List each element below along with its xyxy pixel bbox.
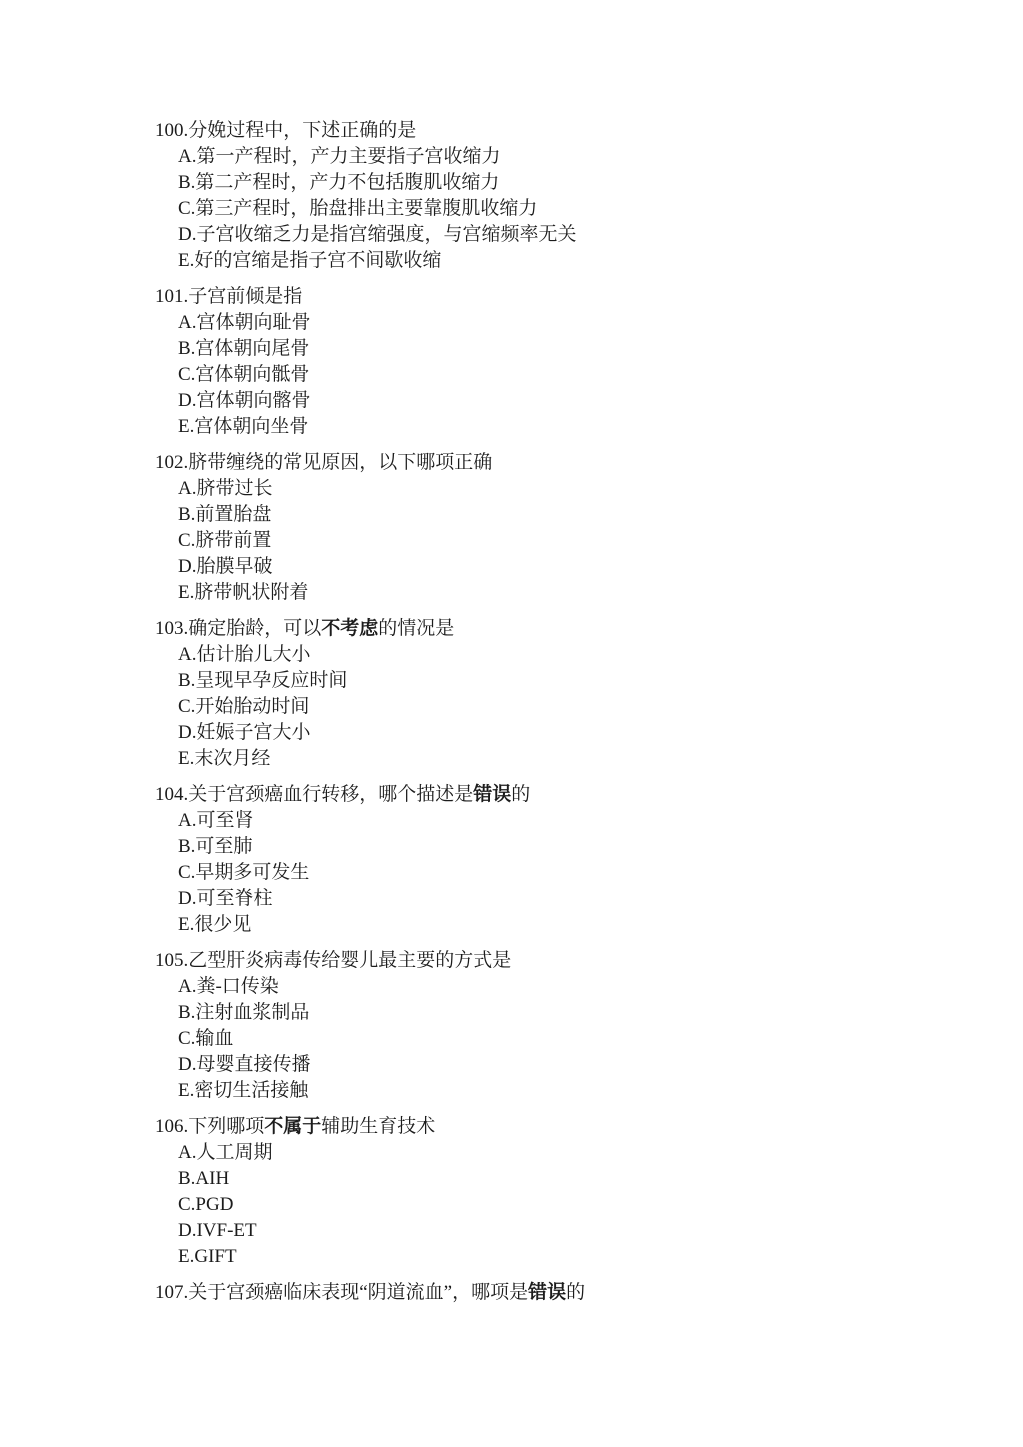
question-block: 104.关于宫颈癌血行转移，哪个描述是错误的A.可至肾B.可至肺C.早期多可发生… bbox=[155, 782, 983, 938]
question-option: E.密切生活接触 bbox=[178, 1078, 983, 1104]
question-title-text: 脐带缠绕的常见原因，以下哪项正确 bbox=[188, 452, 492, 473]
question-title: 100.分娩过程中，下述正确的是 bbox=[155, 118, 983, 144]
question-option: B.注射血浆制品 bbox=[178, 1000, 983, 1026]
question-option: B.AIH bbox=[178, 1166, 983, 1192]
question-title-text: 的 bbox=[566, 1282, 585, 1303]
question-option: A.宫体朝向耻骨 bbox=[178, 310, 983, 336]
question-title-emphasis: 错误 bbox=[528, 1282, 566, 1303]
question-number: 100. bbox=[155, 120, 188, 141]
question-title-text: 关于宫颈癌临床表现“阴道流血”，哪项是 bbox=[188, 1282, 528, 1303]
question-title: 101.子宫前倾是指 bbox=[155, 284, 983, 310]
question-title: 102.脐带缠绕的常见原因，以下哪项正确 bbox=[155, 450, 983, 476]
question-option: D.宫体朝向髂骨 bbox=[178, 388, 983, 414]
question-title: 103.确定胎龄，可以不考虑的情况是 bbox=[155, 616, 983, 642]
question-block: 102.脐带缠绕的常见原因，以下哪项正确A.脐带过长B.前置胎盘C.脐带前置D.… bbox=[155, 450, 983, 606]
question-option: E.末次月经 bbox=[178, 746, 983, 772]
question-option: D.母婴直接传播 bbox=[178, 1052, 983, 1078]
question-option: C.PGD bbox=[178, 1192, 983, 1218]
question-option: D.子宫收缩乏力是指宫缩强度，与宫缩频率无关 bbox=[178, 222, 983, 248]
question-option: C.第三产程时，胎盘排出主要靠腹肌收缩力 bbox=[178, 196, 983, 222]
question-option: C.脐带前置 bbox=[178, 528, 983, 554]
question-option: C.开始胎动时间 bbox=[178, 694, 983, 720]
question-option: C.输血 bbox=[178, 1026, 983, 1052]
question-block: 107.关于宫颈癌临床表现“阴道流血”，哪项是错误的 bbox=[155, 1280, 983, 1306]
question-option: B.宫体朝向尾骨 bbox=[178, 336, 983, 362]
question-number: 107. bbox=[155, 1282, 188, 1303]
question-option: E.脐带帆状附着 bbox=[178, 580, 983, 606]
question-title-emphasis: 不属于 bbox=[264, 1116, 321, 1137]
question-title-text: 的情况是 bbox=[378, 618, 454, 639]
question-title: 105.乙型肝炎病毒传给婴儿最主要的方式是 bbox=[155, 948, 983, 974]
question-option: C.早期多可发生 bbox=[178, 860, 983, 886]
question-block: 105.乙型肝炎病毒传给婴儿最主要的方式是A.粪-口传染B.注射血浆制品C.输血… bbox=[155, 948, 983, 1104]
question-number: 104. bbox=[155, 784, 188, 805]
question-number: 102. bbox=[155, 452, 188, 473]
question-title: 107.关于宫颈癌临床表现“阴道流血”，哪项是错误的 bbox=[155, 1280, 983, 1306]
question-option: A.脐带过长 bbox=[178, 476, 983, 502]
question-number: 105. bbox=[155, 950, 188, 971]
question-title-text: 确定胎龄，可以 bbox=[188, 618, 321, 639]
question-option: E.好的宫缩是指子宫不间歇收缩 bbox=[178, 248, 983, 274]
question-title-emphasis: 错误 bbox=[473, 784, 511, 805]
question-option: A.人工周期 bbox=[178, 1140, 983, 1166]
question-option: A.可至肾 bbox=[178, 808, 983, 834]
question-list: 100.分娩过程中，下述正确的是A.第一产程时，产力主要指子宫收缩力B.第二产程… bbox=[155, 118, 983, 1316]
question-option: D.妊娠子宫大小 bbox=[178, 720, 983, 746]
question-block: 103.确定胎龄，可以不考虑的情况是A.估计胎儿大小B.呈现早孕反应时间C.开始… bbox=[155, 616, 983, 772]
question-block: 100.分娩过程中，下述正确的是A.第一产程时，产力主要指子宫收缩力B.第二产程… bbox=[155, 118, 983, 274]
question-title: 104.关于宫颈癌血行转移，哪个描述是错误的 bbox=[155, 782, 983, 808]
question-title-emphasis: 不考虑 bbox=[321, 618, 378, 639]
question-option: A.粪-口传染 bbox=[178, 974, 983, 1000]
question-number: 101. bbox=[155, 286, 188, 307]
question-option: E.GIFT bbox=[178, 1244, 983, 1270]
exam-page: 100.分娩过程中，下述正确的是A.第一产程时，产力主要指子宫收缩力B.第二产程… bbox=[0, 0, 1023, 1447]
question-title-text: 下列哪项 bbox=[188, 1116, 264, 1137]
question-option: B.可至肺 bbox=[178, 834, 983, 860]
question-title-text: 子宫前倾是指 bbox=[188, 286, 302, 307]
question-option: B.呈现早孕反应时间 bbox=[178, 668, 983, 694]
question-option: D.IVF-ET bbox=[178, 1218, 983, 1244]
question-option: D.胎膜早破 bbox=[178, 554, 983, 580]
question-title-text: 的 bbox=[511, 784, 530, 805]
question-option: A.估计胎儿大小 bbox=[178, 642, 983, 668]
question-title-text: 乙型肝炎病毒传给婴儿最主要的方式是 bbox=[188, 950, 511, 971]
question-block: 106.下列哪项不属于辅助生育技术A.人工周期B.AIHC.PGDD.IVF-E… bbox=[155, 1114, 983, 1270]
question-option: C.宫体朝向骶骨 bbox=[178, 362, 983, 388]
question-title-text: 关于宫颈癌血行转移，哪个描述是 bbox=[188, 784, 473, 805]
question-option: E.很少见 bbox=[178, 912, 983, 938]
question-option: D.可至脊柱 bbox=[178, 886, 983, 912]
question-option: A.第一产程时，产力主要指子宫收缩力 bbox=[178, 144, 983, 170]
question-option: E.宫体朝向坐骨 bbox=[178, 414, 983, 440]
question-option: B.前置胎盘 bbox=[178, 502, 983, 528]
question-option: B.第二产程时，产力不包括腹肌收缩力 bbox=[178, 170, 983, 196]
question-block: 101.子宫前倾是指A.宫体朝向耻骨B.宫体朝向尾骨C.宫体朝向骶骨D.宫体朝向… bbox=[155, 284, 983, 440]
question-number: 106. bbox=[155, 1116, 188, 1137]
question-title-text: 辅助生育技术 bbox=[321, 1116, 435, 1137]
question-number: 103. bbox=[155, 618, 188, 639]
question-title: 106.下列哪项不属于辅助生育技术 bbox=[155, 1114, 983, 1140]
question-title-text: 分娩过程中，下述正确的是 bbox=[188, 120, 416, 141]
